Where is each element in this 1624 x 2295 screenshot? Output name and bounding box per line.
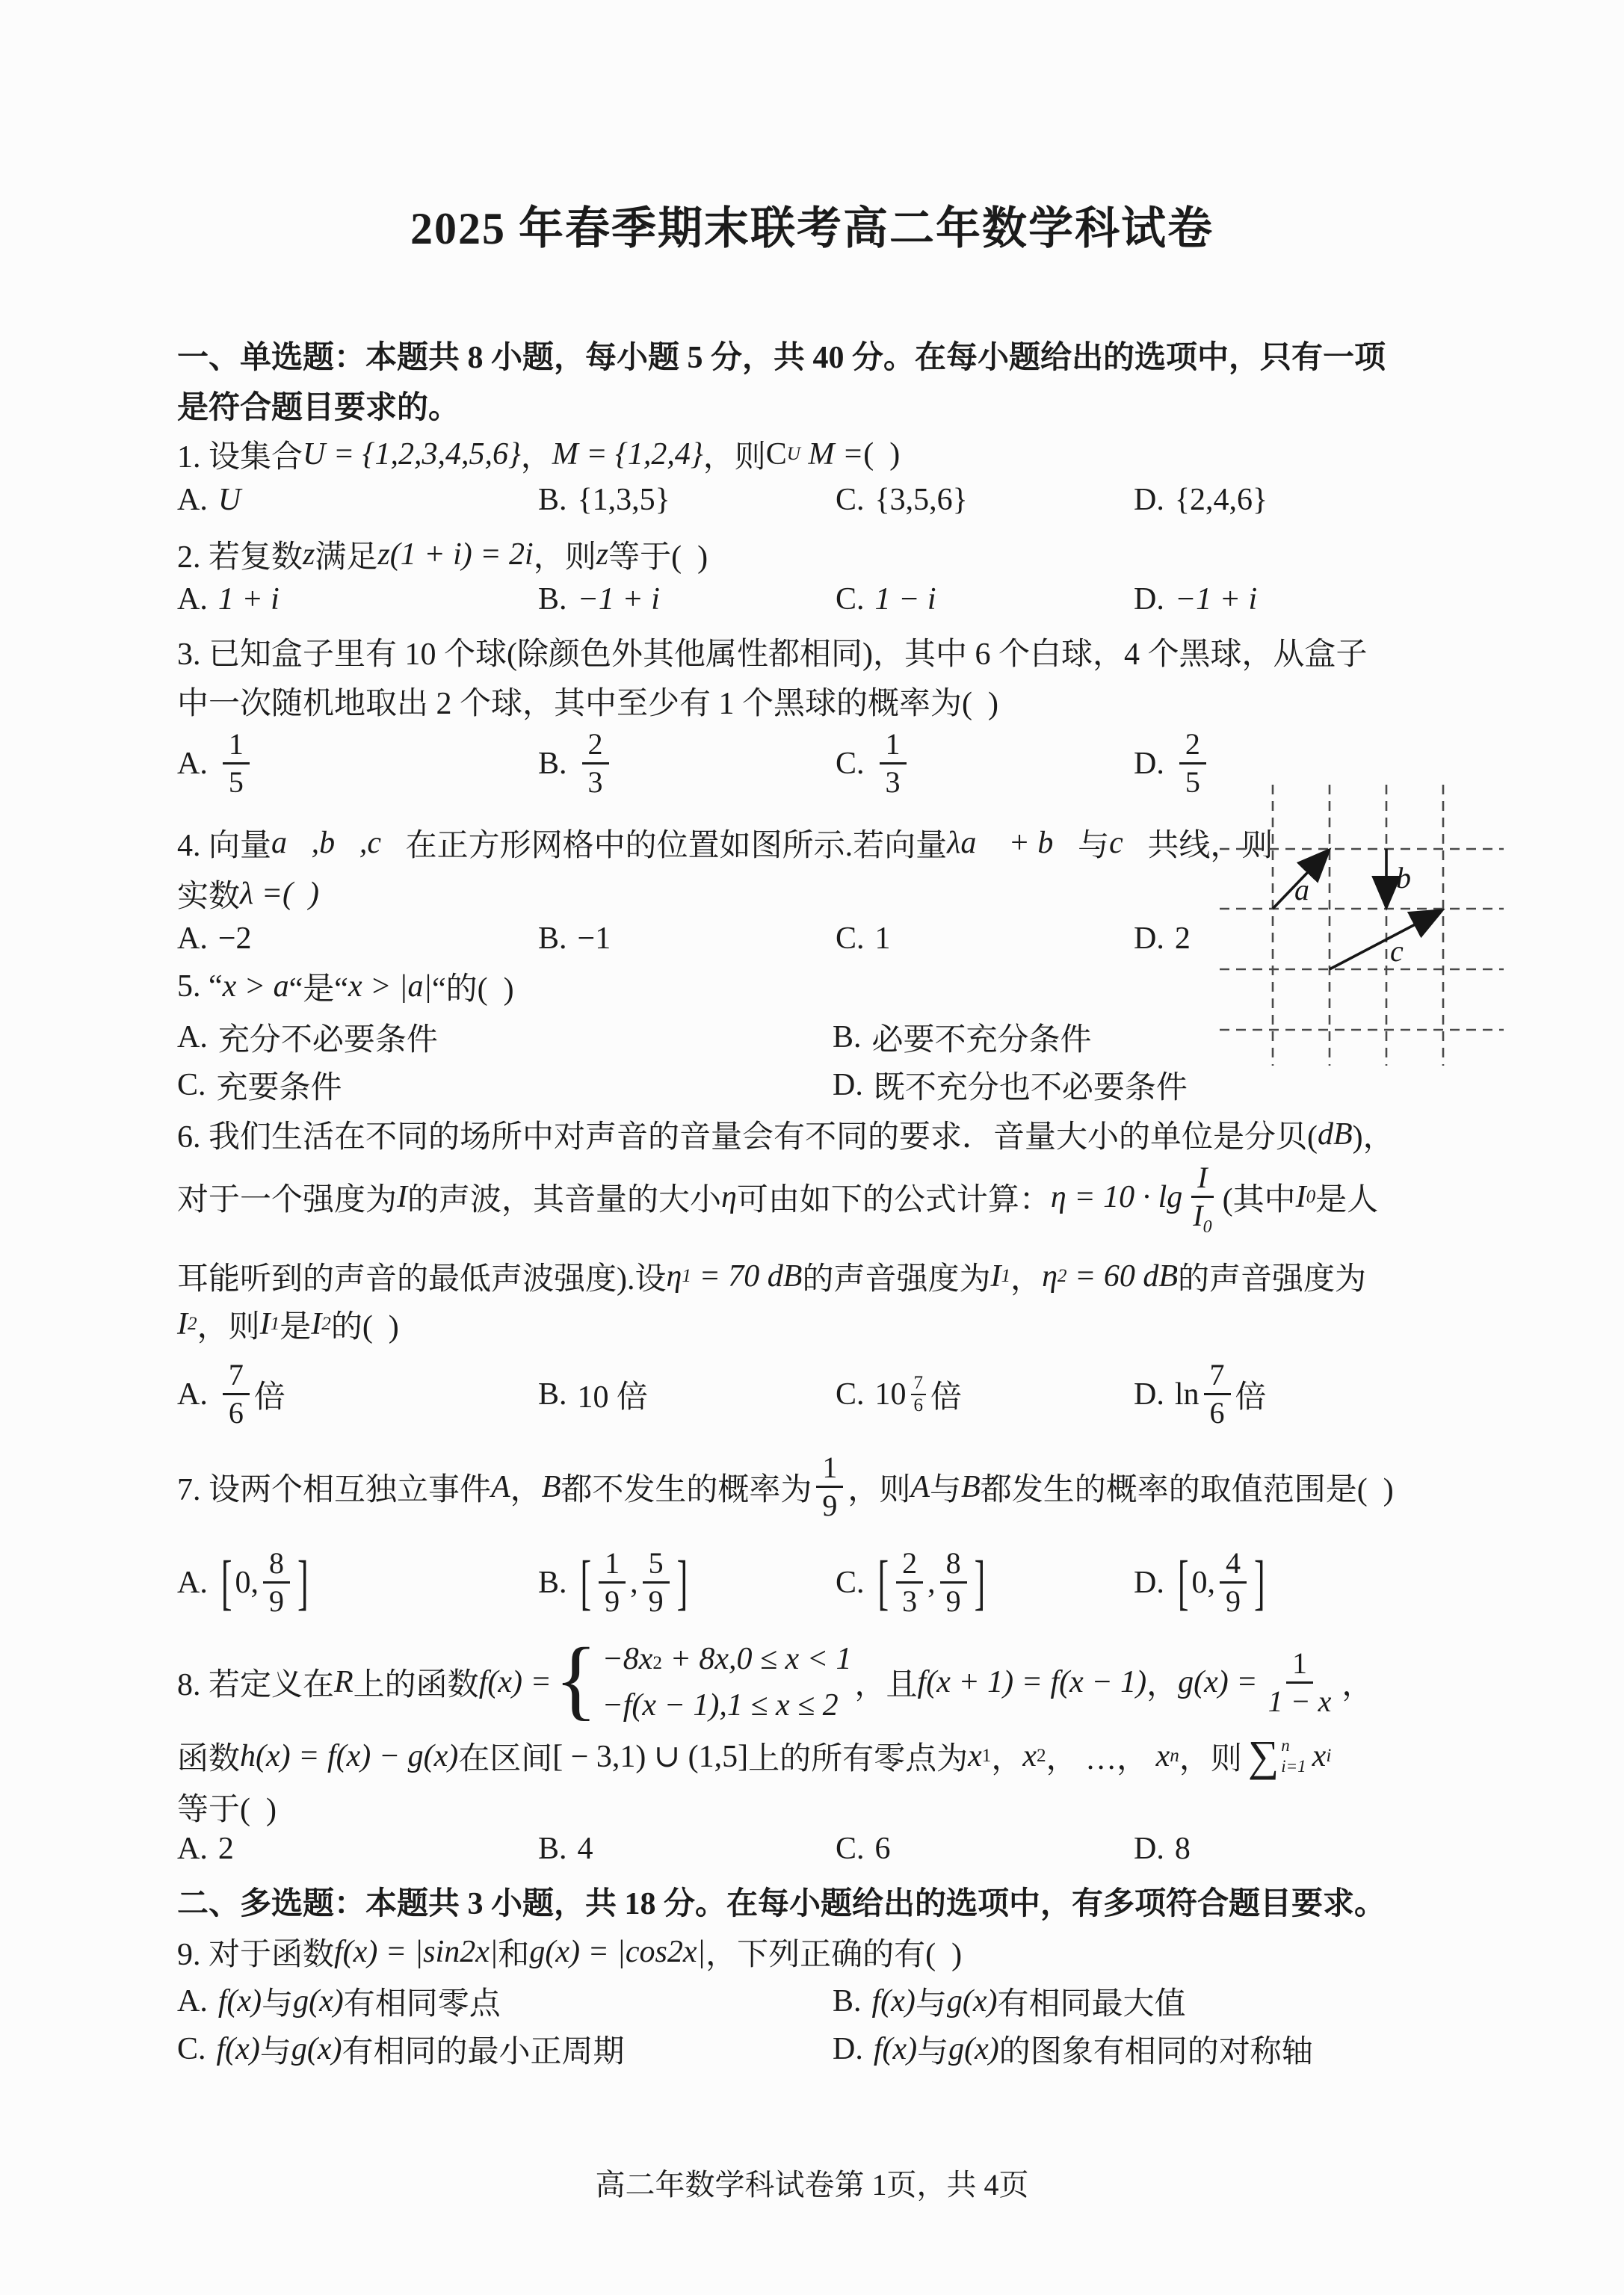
text-segment: 2. 若复数 bbox=[177, 532, 303, 577]
text-segment: 耳能听到的声音的最低声波强度).设 bbox=[177, 1254, 667, 1299]
math-segment: I bbox=[990, 1258, 1001, 1294]
math-segment: x bbox=[1312, 1738, 1327, 1774]
summation: ∑ni=1 bbox=[1248, 1735, 1306, 1778]
text-segment: 对于一个强度为 bbox=[177, 1175, 397, 1220]
text-segment: )， bbox=[1353, 1112, 1395, 1157]
fraction-numerator: 7 bbox=[1204, 1357, 1231, 1395]
text-segment: (其中 bbox=[1223, 1175, 1296, 1220]
option-d: D.既不充分也不必要条件 bbox=[833, 1063, 1492, 1108]
text-segment: ，则 bbox=[847, 1465, 910, 1510]
fraction-numerator: 2 bbox=[896, 1545, 923, 1584]
text-segment: 5. “ bbox=[177, 969, 223, 1004]
right-bracket: ] bbox=[1254, 1547, 1265, 1617]
fraction-denominator: 9 bbox=[599, 1584, 626, 1619]
text-segment: ， bbox=[521, 432, 552, 477]
question-5-stem: 5. “x > a“是“x > |a|“的( ) bbox=[177, 964, 514, 1009]
question-6-options: A.76倍 B.10 倍 C.1076倍 D.ln76倍 bbox=[177, 1357, 1492, 1431]
left-bracket: [ bbox=[878, 1547, 889, 1617]
option-value: {1,3,5} bbox=[578, 482, 670, 518]
option-value: {2,4,6} bbox=[1175, 482, 1268, 518]
text-segment: 是符合题目要求的。 bbox=[177, 383, 460, 427]
text-segment: 有相同零点 bbox=[344, 1979, 501, 2024]
math-segment: f(x) = |sin2x| bbox=[334, 1934, 498, 1970]
text-segment: ，则 bbox=[1179, 1734, 1242, 1779]
text-segment: 1. 设集合 bbox=[177, 432, 303, 477]
fraction: 76 bbox=[908, 1373, 930, 1415]
section-2-header: 二、多选题：本题共 3 小题，共 18 分。在每小题给出的选项中，有多项符合题目… bbox=[177, 1879, 1386, 1924]
page-container: 2025 年春季期末联考高二年数学科试卷 一、单选题：本题共 8 小题，每小题 … bbox=[0, 0, 1624, 2295]
fraction-numerator: I bbox=[1191, 1160, 1213, 1198]
question-6-stem-line-2: 对于一个强度为I的声波，其音量的大小η可由如下的公式计算：η = 10 · lg… bbox=[177, 1160, 1378, 1234]
text-segment: 和 bbox=[498, 1930, 529, 1974]
fraction: 19 bbox=[816, 1450, 843, 1524]
fraction-denominator: 9 bbox=[940, 1584, 967, 1619]
piecewise-cases: −8x2 + 8x,0 ≤ x < 1−f(x − 1),1 ≤ x ≤ 2 bbox=[602, 1641, 851, 1723]
math-segment: C bbox=[766, 436, 787, 472]
option-c: C.6 bbox=[836, 1831, 1134, 1867]
text-segment: 8. 若定义在 bbox=[177, 1660, 334, 1705]
math-segment: M = bbox=[800, 436, 863, 472]
option-value: ln bbox=[1175, 1377, 1200, 1412]
text-segment: 与 bbox=[930, 1465, 961, 1510]
text-segment: 与 bbox=[917, 2027, 948, 2072]
text-segment: 可由如下的公式计算： bbox=[737, 1175, 1051, 1220]
math-segment: A bbox=[491, 1469, 510, 1505]
question-5-options-row-2: C.充要条件 D.既不充分也不必要条件 bbox=[177, 1063, 1492, 1108]
math-segment: z(1 + i) = 2i bbox=[377, 537, 533, 572]
math-segment: η = 10 · lg bbox=[1051, 1179, 1182, 1215]
math-segment: I bbox=[1193, 1199, 1202, 1232]
question-9-options-row-2: C.f(x)与g(x)有相同的最小正周期 D.f(x)与g(x)的图象有相同的对… bbox=[177, 2027, 1492, 2072]
question-2-options: A.1 + i B.−1 + i C.1 − i D.−1 + i bbox=[177, 581, 1492, 617]
fraction: 13 bbox=[880, 726, 907, 800]
math-segment: g(x) bbox=[947, 1983, 998, 2019]
math-segment: η bbox=[1042, 1258, 1058, 1294]
option-value: 2 bbox=[218, 1831, 234, 1867]
option-b: B.{1,3,5} bbox=[538, 482, 836, 518]
subscript: 0 bbox=[1203, 1217, 1212, 1237]
summation-lower: i=1 bbox=[1281, 1756, 1306, 1777]
text-segment: ，则 bbox=[534, 532, 596, 577]
option-value: U bbox=[218, 482, 241, 518]
math-segment: g(x) bbox=[291, 2031, 342, 2067]
right-bracket: ] bbox=[975, 1547, 986, 1617]
text-segment: 都不发生的概率为 bbox=[561, 1465, 812, 1510]
fraction-numerator: 7 bbox=[223, 1357, 250, 1395]
text-segment: 与 bbox=[1078, 821, 1109, 865]
text-segment: 是 bbox=[280, 1302, 311, 1347]
option-c: C.1 − i bbox=[836, 581, 1134, 617]
option-label: A. bbox=[177, 1565, 208, 1601]
text-segment: 的图象有相同的对称轴 bbox=[999, 2027, 1313, 2072]
fraction-denominator: 9 bbox=[643, 1584, 670, 1619]
option-value: 倍 bbox=[1235, 1372, 1267, 1417]
math-segment: x bbox=[968, 1738, 982, 1774]
option-value: 2 bbox=[1175, 921, 1191, 957]
text-segment: 6. 我们生活在不同的场所中对声音的音量会有不同的要求．音量大小的单位是分贝( bbox=[177, 1112, 1318, 1157]
fraction: 76 bbox=[1204, 1357, 1231, 1431]
option-label: C. bbox=[836, 581, 865, 617]
option-b: B.f(x)与g(x)有相同最大值 bbox=[833, 1979, 1492, 2024]
option-value: 1 − i bbox=[875, 581, 936, 617]
fraction-denominator: 6 bbox=[908, 1395, 930, 1416]
comma: , bbox=[630, 1565, 638, 1601]
text-segment: “的( ) bbox=[432, 964, 514, 1009]
option-a: A.f(x)与g(x)有相同零点 bbox=[177, 1979, 833, 2024]
piecewise-case-1: −8x2 + 8x,0 ≤ x < 1 bbox=[602, 1641, 851, 1677]
option-label: A. bbox=[177, 1983, 208, 2019]
option-label: D. bbox=[833, 1067, 863, 1103]
math-segment: h(x) = f(x) − g(x) bbox=[240, 1738, 458, 1774]
option-label: A. bbox=[177, 1019, 208, 1055]
option-value: 充分不必要条件 bbox=[218, 1015, 438, 1060]
fraction: 76 bbox=[223, 1357, 250, 1431]
question-7-options: A.[0,89] B.[19,59] C.[23,89] D.[0,49] bbox=[177, 1545, 1492, 1619]
option-label: D. bbox=[1134, 746, 1164, 782]
fraction-numerator: 8 bbox=[263, 1545, 290, 1584]
option-label: C. bbox=[836, 1565, 865, 1601]
text-segment: ， bbox=[1146, 1660, 1178, 1705]
option-label: C. bbox=[836, 1377, 865, 1412]
text-segment: 实数 bbox=[177, 871, 240, 916]
vector-c-label: c⃗ bbox=[1390, 934, 1427, 968]
summation-limits: ni=1 bbox=[1281, 1735, 1306, 1776]
option-value: 0, bbox=[1192, 1565, 1216, 1601]
option-value: {3,5,6} bbox=[875, 482, 968, 518]
question-9-stem: 9. 对于函数f(x) = |sin2x|和g(x) = |cos2x|，下列正… bbox=[177, 1930, 962, 1974]
option-label: A. bbox=[177, 921, 208, 957]
option-a: A.15 bbox=[177, 726, 538, 800]
question-6-stem-line-3: 耳能听到的声音的最低声波强度).设η1 = 70 dB的声音强度为I1，η2 =… bbox=[177, 1254, 1366, 1299]
option-label: A. bbox=[177, 1377, 208, 1412]
fraction-denominator: 9 bbox=[263, 1584, 290, 1619]
option-label: B. bbox=[538, 1831, 567, 1867]
option-a: A.[0,89] bbox=[177, 1545, 538, 1619]
option-label: B. bbox=[538, 921, 567, 957]
fraction-denominator: I0 bbox=[1187, 1198, 1217, 1234]
option-value: −1 + i bbox=[578, 581, 660, 617]
question-8-stem-line-3: 等于( ) bbox=[177, 1785, 277, 1829]
question-3-stem-line-2: 中一次随机地取出 2 个球，其中至少有 1 个黑球的概率为( ) bbox=[177, 679, 998, 723]
left-bracket: [ bbox=[221, 1547, 232, 1617]
option-d: D.f(x)与g(x)的图象有相同的对称轴 bbox=[833, 2027, 1492, 2072]
text-segment: 的( ) bbox=[331, 1302, 399, 1347]
fraction-denominator: 3 bbox=[582, 765, 609, 800]
option-label: D. bbox=[1134, 482, 1164, 518]
option-d: D.−1 + i bbox=[1134, 581, 1492, 617]
math-segment: x > a bbox=[223, 969, 289, 1004]
fraction-denominator: 9 bbox=[816, 1488, 843, 1524]
text-segment: ，且 bbox=[855, 1660, 918, 1705]
text-segment: 与 bbox=[916, 1979, 947, 2024]
page-footer: 高二年数学科试卷第 1页，共 4页 bbox=[0, 2161, 1624, 2204]
math-segment: g(x) = bbox=[1178, 1664, 1257, 1700]
piecewise-function: {−8x2 + 8x,0 ≤ x < 1−f(x − 1),1 ≤ x ≤ 2 bbox=[555, 1641, 852, 1723]
math-segment: x > |a| bbox=[348, 969, 432, 1004]
question-1-stem: 1. 设集合U = {1,2,3,4,5,6}，M = {1,2,4}，则CU … bbox=[177, 432, 900, 477]
option-c: C.充要条件 bbox=[177, 1063, 833, 1108]
text-segment: 7. 设两个相互独立事件 bbox=[177, 1465, 491, 1510]
fraction-numerator: 4 bbox=[1220, 1545, 1247, 1584]
fraction-denominator: 5 bbox=[223, 765, 250, 800]
fraction: 59 bbox=[643, 1545, 670, 1619]
section-1-header-line-2: 是符合题目要求的。 bbox=[177, 383, 460, 427]
option-b: B.−1 bbox=[538, 921, 836, 957]
question-1-options: A.U B.{1,3,5} C.{3,5,6} D.{2,4,6} bbox=[177, 482, 1492, 518]
math-segment: η bbox=[667, 1258, 682, 1294]
option-b: B.[19,59] bbox=[538, 1545, 836, 1619]
option-b: B.10 倍 bbox=[538, 1357, 836, 1431]
text-segment: 3. 已知盒子里有 10 个球(除颜色外其他属性都相同)，其中 6 个白球，4 … bbox=[177, 629, 1367, 674]
text-segment: 上的所有零点为 bbox=[748, 1734, 968, 1779]
fraction-denominator: 1 − x bbox=[1262, 1684, 1338, 1720]
question-3-stem-line-1: 3. 已知盒子里有 10 个球(除颜色外其他属性都相同)，其中 6 个白球，4 … bbox=[177, 629, 1367, 674]
option-label: B. bbox=[538, 1565, 567, 1601]
text-segment: 是人 bbox=[1315, 1175, 1378, 1220]
text-segment: 一、单选题：本题共 8 小题，每小题 5 分，共 40 分。在每小题给出的选项中… bbox=[177, 333, 1386, 377]
math-segment: λa⃗ + b⃗ bbox=[947, 825, 1078, 861]
option-value: −1 bbox=[578, 921, 611, 957]
text-segment: 有相同的最小正周期 bbox=[342, 2027, 624, 2072]
question-6-stem-line-4: I2，则I1是I2的( ) bbox=[177, 1302, 399, 1347]
option-label: C. bbox=[836, 921, 865, 957]
math-segment: λ =( ) bbox=[240, 876, 319, 912]
left-bracket: [ bbox=[1178, 1547, 1189, 1617]
option-value: 倍 bbox=[930, 1372, 962, 1417]
text-segment: 中一次随机地取出 2 个球，其中至少有 1 个黑球的概率为( ) bbox=[177, 679, 998, 723]
option-a: A.1 + i bbox=[177, 581, 538, 617]
summation-upper: n bbox=[1281, 1735, 1290, 1756]
text-segment: 二、多选题：本题共 3 小题，共 18 分。在每小题给出的选项中，有多项符合题目… bbox=[177, 1879, 1386, 1924]
fraction-numerator: 1 bbox=[223, 726, 250, 765]
fraction-numerator: 1 bbox=[1286, 1646, 1313, 1684]
fraction-numerator: 2 bbox=[1179, 726, 1206, 765]
question-7-stem: 7. 设两个相互独立事件A，B都不发生的概率为19，则A与B都发生的概率的取值范… bbox=[177, 1450, 1394, 1524]
vector-a-label: a⃗ bbox=[1294, 873, 1333, 906]
math-segment: z bbox=[303, 537, 315, 572]
fraction-numerator: 8 bbox=[940, 1545, 967, 1584]
option-a: A.76倍 bbox=[177, 1357, 538, 1431]
text-segment: 在正方形网格中的位置如图所示.若向量 bbox=[406, 821, 948, 865]
math-segment: f(x) bbox=[874, 2031, 917, 2067]
math-segment: M = {1,2,4} bbox=[552, 436, 703, 472]
option-value: 1 bbox=[875, 921, 891, 957]
option-label: D. bbox=[1134, 1831, 1164, 1867]
fraction: 11 − x bbox=[1262, 1646, 1338, 1720]
left-bracket: [ bbox=[581, 1547, 592, 1617]
math-segment: = 60 dB bbox=[1067, 1258, 1179, 1294]
option-d: D.{2,4,6} bbox=[1134, 482, 1492, 518]
fraction: 19 bbox=[599, 1545, 626, 1619]
math-segment: g(x) bbox=[948, 2031, 999, 2067]
math-segment: B bbox=[961, 1469, 981, 1505]
sigma-symbol: ∑ bbox=[1248, 1735, 1279, 1778]
fraction-numerator: 1 bbox=[880, 726, 907, 765]
question-2-stem: 2. 若复数z满足z(1 + i) = 2i，则z等于( ) bbox=[177, 532, 708, 577]
option-b: B.−1 + i bbox=[538, 581, 836, 617]
option-label: C. bbox=[177, 2031, 206, 2067]
option-a: A.U bbox=[177, 482, 538, 518]
math-segment: −8x bbox=[602, 1641, 652, 1677]
text-segment: 与 bbox=[262, 1979, 293, 2024]
text-segment: ( ) bbox=[863, 436, 900, 472]
fraction: 89 bbox=[263, 1545, 290, 1619]
option-label: D. bbox=[833, 2031, 863, 2067]
option-d: D.8 bbox=[1134, 1831, 1492, 1867]
fraction: 23 bbox=[582, 726, 609, 800]
option-c: C.13 bbox=[836, 726, 1134, 800]
math-segment: f(x + 1) = f(x − 1) bbox=[918, 1664, 1147, 1700]
math-segment: f(x) bbox=[872, 1983, 916, 2019]
piecewise-case-2: −f(x − 1),1 ≤ x ≤ 2 bbox=[602, 1687, 851, 1723]
option-label: A. bbox=[177, 482, 208, 518]
math-segment: −f(x − 1),1 ≤ x ≤ 2 bbox=[602, 1687, 838, 1723]
option-label: D. bbox=[1134, 921, 1164, 957]
option-value: 必要不充分条件 bbox=[872, 1015, 1092, 1060]
option-label: B. bbox=[833, 1019, 862, 1055]
math-segment: dB bbox=[1318, 1116, 1353, 1152]
option-value: 1 + i bbox=[218, 581, 280, 617]
text-segment: ， …， bbox=[1046, 1734, 1156, 1779]
option-value: −1 + i bbox=[1175, 581, 1257, 617]
option-value: 充要条件 bbox=[217, 1063, 342, 1108]
math-segment: η bbox=[721, 1179, 737, 1215]
option-b: B.23 bbox=[538, 726, 836, 800]
option-label: B. bbox=[833, 1983, 862, 2019]
option-d: D.[0,49] bbox=[1134, 1545, 1492, 1619]
option-label: B. bbox=[538, 746, 567, 782]
option-label: C. bbox=[836, 746, 865, 782]
text-segment: 等于( ) bbox=[177, 1785, 277, 1829]
option-label: C. bbox=[177, 1067, 206, 1103]
text-segment: 4. 向量 bbox=[177, 821, 271, 865]
option-value: 10 bbox=[875, 1377, 907, 1412]
text-segment: 与 bbox=[260, 2027, 291, 2072]
question-5-options-row-1: A.充分不必要条件 B.必要不充分条件 bbox=[177, 1015, 1492, 1060]
math-segment: U = {1,2,3,4,5,6} bbox=[303, 436, 521, 472]
math-segment: B bbox=[542, 1469, 561, 1505]
question-4-stem-line-1: 4. 向量a⃗,b⃗,c⃗在正方形网格中的位置如图所示.若向量λa⃗ + b⃗与… bbox=[177, 821, 1273, 865]
text-segment: ，则 bbox=[703, 432, 766, 477]
option-label: C. bbox=[836, 1831, 865, 1867]
option-label: D. bbox=[1134, 1565, 1164, 1601]
math-segment: A bbox=[910, 1469, 930, 1505]
option-label: A. bbox=[177, 1831, 208, 1867]
fraction-denominator: 9 bbox=[1220, 1584, 1247, 1619]
math-segment: + 8x,0 ≤ x < 1 bbox=[662, 1641, 852, 1677]
math-segment: x bbox=[1156, 1738, 1170, 1774]
text-segment: 的声音强度为 bbox=[802, 1254, 990, 1299]
fraction-denominator: 5 bbox=[1179, 765, 1206, 800]
fraction-numerator: 1 bbox=[816, 1450, 843, 1488]
math-segment: I bbox=[177, 1306, 188, 1342]
text-segment: 满足 bbox=[315, 532, 377, 577]
fraction: 15 bbox=[223, 726, 250, 800]
option-value: 6 bbox=[875, 1831, 891, 1867]
option-c: C.f(x)与g(x)有相同的最小正周期 bbox=[177, 2027, 833, 2072]
right-bracket: ] bbox=[297, 1547, 309, 1617]
text-segment: 的声音强度为 bbox=[1178, 1254, 1366, 1299]
option-d: D.ln76倍 bbox=[1134, 1357, 1492, 1431]
text-segment: 等于( ) bbox=[608, 532, 708, 577]
option-c: C.{3,5,6} bbox=[836, 482, 1134, 518]
option-value: 0, bbox=[235, 1565, 259, 1601]
math-segment: x bbox=[1022, 1738, 1037, 1774]
math-segment: = 70 dB bbox=[691, 1258, 803, 1294]
text-segment: 上的函数 bbox=[353, 1660, 479, 1705]
math-segment: a⃗,b⃗,c⃗ bbox=[271, 825, 406, 861]
option-label: B. bbox=[538, 1377, 567, 1412]
math-segment: f(x) bbox=[217, 2031, 260, 2067]
math-segment: I bbox=[311, 1306, 321, 1342]
right-bracket: ] bbox=[677, 1547, 688, 1617]
question-4-stem-line-2: 实数λ =( ) bbox=[177, 871, 319, 916]
fraction-denominator: 6 bbox=[223, 1395, 250, 1431]
math-segment: g(x) bbox=[293, 1983, 344, 2019]
fraction: 25 bbox=[1179, 726, 1206, 800]
option-label: A. bbox=[177, 581, 208, 617]
fraction: 23 bbox=[896, 1545, 923, 1619]
vector-b-label: b⃗ bbox=[1396, 861, 1434, 895]
text-segment: 都发生的概率的取值范围是( ) bbox=[981, 1465, 1394, 1510]
fraction: 89 bbox=[940, 1545, 967, 1619]
text-segment: ，下列正确的有( ) bbox=[706, 1930, 962, 1974]
text-segment: ， bbox=[1342, 1660, 1373, 1705]
option-value: 10 倍 bbox=[578, 1372, 649, 1417]
fraction-denominator: 3 bbox=[880, 765, 907, 800]
option-c: C.[23,89] bbox=[836, 1545, 1134, 1619]
fraction: II0 bbox=[1187, 1160, 1217, 1234]
text-segment: 9. 对于函数 bbox=[177, 1930, 334, 1974]
option-label: B. bbox=[538, 581, 567, 617]
option-label: D. bbox=[1134, 581, 1164, 617]
text-segment: 函数 bbox=[177, 1734, 240, 1779]
text-segment: ， bbox=[510, 1465, 542, 1510]
option-a: A.2 bbox=[177, 1831, 538, 1867]
fraction-numerator: 5 bbox=[643, 1545, 670, 1584]
math-segment: R bbox=[334, 1664, 353, 1700]
exponent-fraction: 76 bbox=[907, 1373, 931, 1415]
math-segment: f(x) bbox=[218, 1983, 262, 2019]
math-segment: I bbox=[1296, 1179, 1306, 1215]
option-a: A.充分不必要条件 bbox=[177, 1015, 833, 1060]
fraction-denominator: 6 bbox=[1204, 1395, 1231, 1431]
fraction-numerator: 2 bbox=[582, 726, 609, 765]
text-segment: “是“ bbox=[289, 964, 348, 1009]
option-label: B. bbox=[538, 482, 567, 518]
piecewise-brace: { bbox=[555, 1643, 598, 1715]
section-1-header-line-1: 一、单选题：本题共 8 小题，每小题 5 分，共 40 分。在每小题给出的选项中… bbox=[177, 333, 1386, 377]
question-8-options: A.2 B.4 C.6 D.8 bbox=[177, 1831, 1492, 1867]
math-segment: I bbox=[397, 1179, 407, 1215]
text-segment: 有相同最大值 bbox=[997, 1979, 1185, 2024]
math-segment: g(x) = |cos2x| bbox=[529, 1934, 706, 1970]
text-segment: ， bbox=[991, 1734, 1022, 1779]
option-b: B.必要不充分条件 bbox=[833, 1015, 1492, 1060]
question-8-stem-line-1: 8. 若定义在R上的函数f(x) ={−8x2 + 8x,0 ≤ x < 1−f… bbox=[177, 1641, 1373, 1723]
option-b: B.4 bbox=[538, 1831, 836, 1867]
option-a: A.−2 bbox=[177, 921, 538, 957]
option-label: A. bbox=[177, 746, 208, 782]
option-value: 8 bbox=[1175, 1831, 1191, 1867]
fraction-numerator: 1 bbox=[599, 1545, 626, 1584]
math-segment: z bbox=[596, 537, 608, 572]
fraction-denominator: 3 bbox=[896, 1584, 923, 1619]
text-segment: ， bbox=[1010, 1254, 1042, 1299]
text-segment: ，则 bbox=[197, 1302, 260, 1347]
question-9-options-row-1: A.f(x)与g(x)有相同零点 B.f(x)与g(x)有相同最大值 bbox=[177, 1979, 1492, 2024]
option-value: 4 bbox=[578, 1831, 593, 1867]
